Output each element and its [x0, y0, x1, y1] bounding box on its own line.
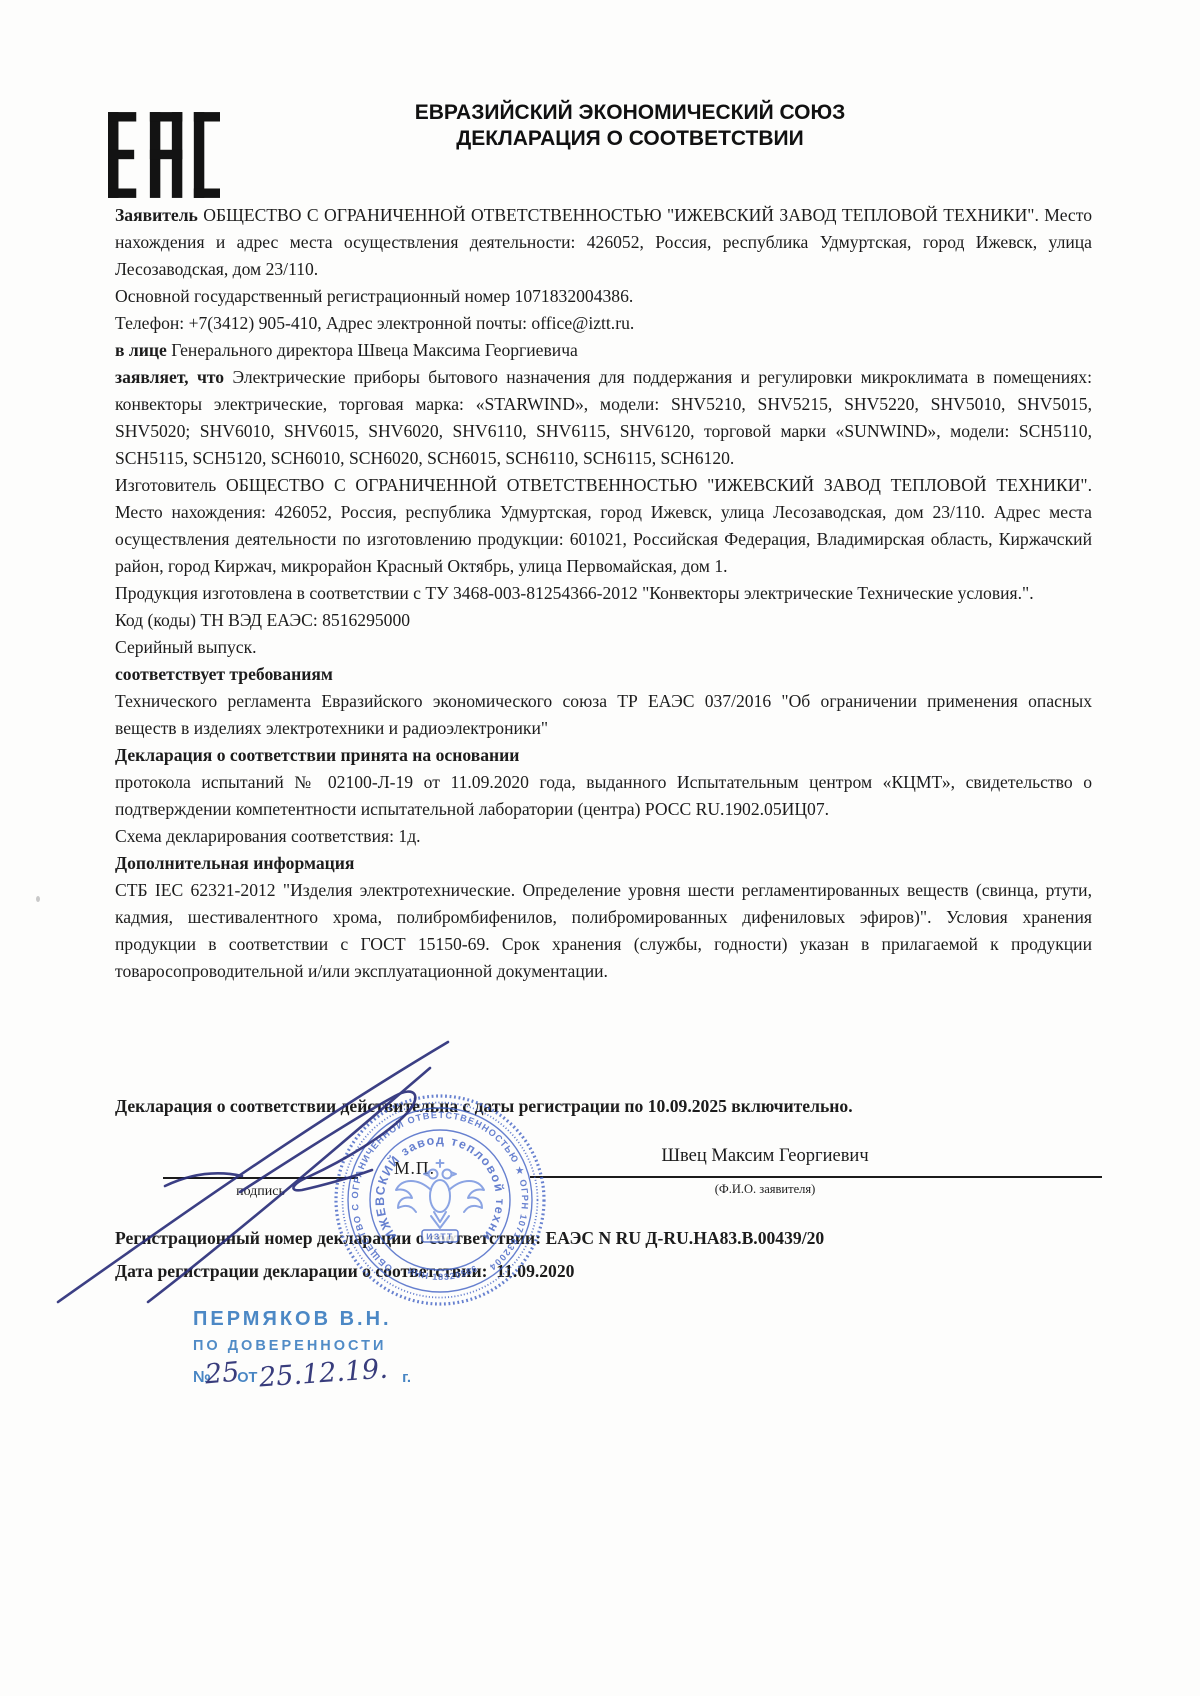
eac-logo — [108, 112, 220, 198]
paragraph-protocol: протокола испытаний № 02100-Л-19 от 11.0… — [115, 769, 1092, 823]
svg-text:ОБЩЕСТВО С ОГРАНИЧЕННОЙ ОТВЕТС: ОБЩЕСТВО С ОГРАНИЧЕННОЙ ОТВЕТСТВЕННОСТЬЮ… — [350, 1110, 530, 1274]
paragraph-ogrn: Основной государственный регистрационный… — [115, 283, 1092, 310]
registration-date-value: 11.09.2020 — [496, 1261, 574, 1281]
applicant-name: Швец Максим Георгиевич — [530, 1146, 1000, 1167]
heading-requirements: соответствует требованиям — [115, 661, 1092, 688]
podpis-label: подпись — [163, 1184, 358, 1200]
handwritten-date: 25.12.19. — [258, 1354, 389, 1394]
paragraph-tu: Продукция изготовлена в соответствии с Т… — [115, 580, 1092, 607]
approval-stamp-number-line: №25ОТ25.12.19.г. — [193, 1358, 411, 1389]
paragraph-regulation: Технического регламента Евразийского эко… — [115, 688, 1092, 742]
header-union-name: ЕВРАЗИЙСКИЙ ЭКОНОМИЧЕСКИЙ СОЮЗ — [310, 100, 950, 126]
paragraph-director: в лице Генерального директора Швеца Макс… — [115, 337, 1092, 364]
paragraph-serial: Серийный выпуск. — [115, 634, 1092, 661]
document-header: ЕВРАЗИЙСКИЙ ЭКОНОМИЧЕСКИЙ СОЮЗ ДЕКЛАРАЦИ… — [310, 100, 950, 152]
paragraph-scheme: Схема декларирования соответствия: 1д. — [115, 823, 1092, 850]
paragraph-applicant: Заявитель ОБЩЕСТВО С ОГРАНИЧЕННОЙ ОТВЕТС… — [115, 202, 1092, 283]
signature-line-right — [530, 1176, 1102, 1178]
handwritten-number: 25 — [204, 1357, 241, 1391]
heading-additional-info: Дополнительная информация — [115, 850, 1092, 877]
registration-number-value: ЕАЭС N RU Д-RU.НА83.В.00439/20 — [545, 1228, 824, 1248]
approval-stamp-name: ПЕРМЯКОВ В.Н. — [193, 1308, 411, 1331]
declaration-body: Заявитель ОБЩЕСТВО С ОГРАНИЧЕННОЙ ОТВЕТС… — [115, 202, 1092, 985]
paragraph-stb: СТБ IEC 62321-2012 "Изделия электротехни… — [115, 877, 1092, 985]
registration-number-label: Регистрационный номер декларации о соотв… — [115, 1228, 541, 1248]
declaration-document: ЕВРАЗИЙСКИЙ ЭКОНОМИЧЕСКИЙ СОЮЗ ДЕКЛАРАЦИ… — [0, 0, 1200, 1696]
signature-line-left — [163, 1177, 358, 1179]
header-doc-title: ДЕКЛАРАЦИЯ О СООТВЕТСТВИИ — [310, 126, 950, 152]
registration-date-line: Дата регистрации декларации о соответств… — [115, 1261, 1135, 1282]
paragraph-tnved: Код (коды) ТН ВЭД ЕАЭС: 8516295000 — [115, 607, 1092, 634]
validity-statement: Декларация о соответствии действительна … — [115, 1096, 1115, 1117]
paragraph-contacts: Телефон: +7(3412) 905-410, Адрес электро… — [115, 310, 1092, 337]
mp-label: М.П. — [394, 1158, 435, 1179]
approval-stamp-line2: ПО ДОВЕРЕННОСТИ — [193, 1338, 411, 1354]
scan-artifact — [36, 896, 40, 902]
paragraph-manufacturer: Изготовитель ОБЩЕСТВО С ОГРАНИЧЕННОЙ ОТВ… — [115, 472, 1092, 580]
approval-stamp: ПЕРМЯКОВ В.Н. ПО ДОВЕРЕННОСТИ №25ОТ25.12… — [193, 1308, 411, 1389]
registration-number-line: Регистрационный номер декларации о соотв… — [115, 1228, 1135, 1249]
registration-date-label: Дата регистрации декларации о соответств… — [115, 1261, 487, 1281]
year-label: г. — [402, 1369, 411, 1386]
paragraph-product: заявляет, что Электрические приборы быто… — [115, 364, 1092, 472]
heading-basis: Декларация о соответствии принята на осн… — [115, 742, 1092, 769]
seal-ring-text: ОБЩЕСТВО С ОГРАНИЧЕННОЙ ОТВЕТСТВЕННОСТЬЮ… — [350, 1110, 530, 1274]
fio-label: (Ф.И.О. заявителя) — [530, 1182, 1000, 1197]
